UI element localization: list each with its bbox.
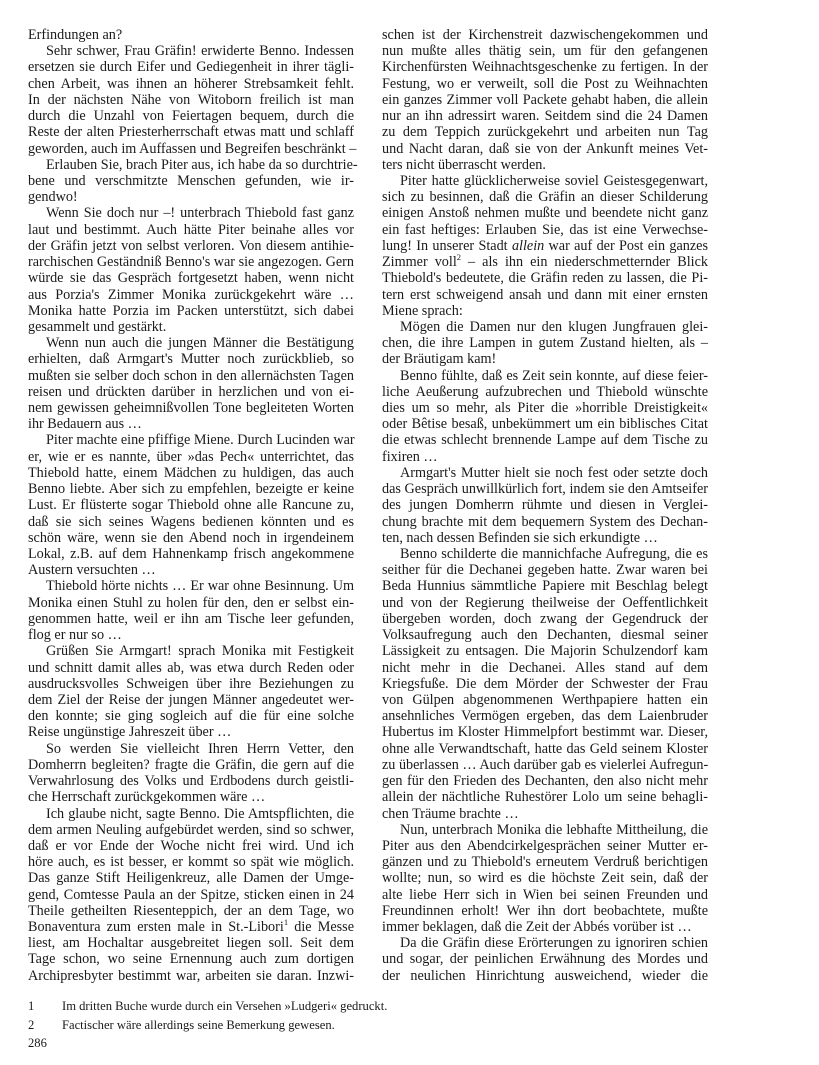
text-line: übergeben worden, doch zwang der Gegendr… xyxy=(382,611,708,627)
text-line: von Gülpen abgenommenen Werthpapiere hat… xyxy=(382,692,708,708)
text-line: oder Bêtise besaß, unbekümmert um ein bi… xyxy=(382,416,708,432)
text-line: Bonaventura zum ersten male in St.-Libor… xyxy=(28,919,354,935)
text-line: Monika einen Stuhl zu holen für den, den… xyxy=(28,595,354,611)
text-line: Piter hatte glücklicherweise soviel Geis… xyxy=(382,173,708,189)
text-line: gen für den Frieden des Dechanten, den a… xyxy=(382,773,708,789)
text-line: Freundinnen erholt! Wer ihn dort beobach… xyxy=(382,903,708,919)
text-line: In der nächsten Nähe von Witoborn freili… xyxy=(28,92,354,108)
text-line: Erlauben Sie, brach Piter aus, ich habe … xyxy=(28,157,354,173)
text-line: nicht mehr in die Dechanei. Alles stand … xyxy=(382,660,708,676)
text-line: seither für die Dechanei gegeben hatte. … xyxy=(382,562,708,578)
text-line: Grüßen Sie Armgart! sprach Monika mit Fe… xyxy=(28,643,354,659)
text-line: Benno liebte. Aber sich zu empfehlen, be… xyxy=(28,481,354,497)
footnote-number: 2 xyxy=(28,1016,62,1035)
text-line: aus Porzia's Zimmer Monika zurückgekehrt… xyxy=(28,287,354,303)
text-line: Ich glaube nicht, sagte Benno. Die Amtsp… xyxy=(28,806,354,822)
text-line: Thiebold's bedeutete, die Gräfin reden z… xyxy=(382,270,708,286)
text-line: Theile getheilten Riesenteppich, der an … xyxy=(28,903,354,919)
text-line: Festung, wo er verweilt, soll die Post z… xyxy=(382,76,708,92)
text-line: Benno schilderte die mannichfache Aufreg… xyxy=(382,546,708,562)
text-line: gendwo! xyxy=(28,189,354,205)
footnotes: 1 Im dritten Buche wurde durch ein Verse… xyxy=(28,997,387,1035)
text-line: Lässigkeit zu entsagen. Die Majorin Schu… xyxy=(382,643,708,659)
text-line: schön wäre, wenn sie den Abend noch in i… xyxy=(28,530,354,546)
text-line: reisen und drückten darüber in herzliche… xyxy=(28,384,354,400)
text-line: ansehnliches Vermögen ergeben, das dem L… xyxy=(382,708,708,724)
text-line: Wenn Sie doch nur –! unterbrach Thiebold… xyxy=(28,205,354,221)
text-line: Thiebold hörte nichts … Er war ohne Besi… xyxy=(28,578,354,594)
text-line: lung! In unserer Stadt allein war auf de… xyxy=(382,238,708,254)
text-line: tern erst schweigend ansah und dann mit … xyxy=(382,287,708,303)
text-line: daß er vor Ende der Woche nicht frei wir… xyxy=(28,838,354,854)
text-line: genommen hatte, weil er ihn am Tische le… xyxy=(28,611,354,627)
text-line: Da die Gräfin diese Erörterungen zu igno… xyxy=(382,935,708,951)
text-line: gend, Comtesse Paula an der Spitze, stic… xyxy=(28,887,354,903)
text-line: chen Arbeit, was ihnen an höherer Strebs… xyxy=(28,76,354,92)
text-line: zu überlassen … Auch darüber gab es viel… xyxy=(382,757,708,773)
footnote-text: Factischer wäre allerdings seine Bemerku… xyxy=(62,1016,335,1035)
text-line: Sehr schwer, Frau Gräfin! erwiderte Benn… xyxy=(28,43,354,59)
text-line: Erfindungen an? xyxy=(28,27,354,43)
text-line: So werden Sie vielleicht Ihren Herrn Vet… xyxy=(28,741,354,757)
footnote-1: 1 Im dritten Buche wurde durch ein Verse… xyxy=(28,997,387,1016)
text-line: Domherrn begleiten? fragte die Gräfin, d… xyxy=(28,757,354,773)
text-line: des jungen Domherrn rühmte und diesen in… xyxy=(382,497,708,513)
text-line: Monika hatte Porzia im Packen unterstütz… xyxy=(28,303,354,319)
text-line: alte liebe Herr sich in Wien bei seinen … xyxy=(382,887,708,903)
text-line: Lokal, z.B. auf dem Hahnenkamp frisch an… xyxy=(28,546,354,562)
text-line: Thiebold hatte, einem Mädchen zu huldige… xyxy=(28,465,354,481)
text-line: einigen Anstoß nehmen mußte und beendete… xyxy=(382,205,708,221)
text-line: der Bräutigam kam! xyxy=(382,351,708,367)
text-line: rarchischen Geständniß Benno's war sie a… xyxy=(28,254,354,270)
text-line: erhielten, daß Armgart's Mutter noch zur… xyxy=(28,351,354,367)
text-line: Verwahrlosung des Volks und Erdbodens du… xyxy=(28,773,354,789)
text-line: Piter aus den Abendcirkelgesprächen sein… xyxy=(382,838,708,854)
text-line: mußten sie selber doch schon in den alle… xyxy=(28,368,354,384)
text-line: und sogar, der peinlichen Erwähnung des … xyxy=(382,951,708,967)
text-line: che Herrschaft zurückgekommen wäre … xyxy=(28,789,354,805)
text-line: ein ganzes Zimmer voll Packete gehabt ha… xyxy=(382,92,708,108)
text-line: gänzen und zu Thiebold's erneutem Verdru… xyxy=(382,854,708,870)
text-line: der neulichen Hinrichtung ausweichend, w… xyxy=(382,968,708,984)
text-line: dem Ziel der Reise der jungen Männer ang… xyxy=(28,692,354,708)
text-line: durch die Unzahl von Feiertagen bequem, … xyxy=(28,108,354,124)
text-line: Tage schon, wo seine Ernennung auch zum … xyxy=(28,951,354,967)
text-line: allein der nächtliche Ruhestörer Lolo um… xyxy=(382,789,708,805)
text-line: daß sie sich seines Wagens bedienen könn… xyxy=(28,514,354,530)
text-line: ters nicht überrascht werden. xyxy=(382,157,708,173)
text-line: das Gespräch unwillkürlich fort, indem s… xyxy=(382,481,708,497)
text-line: Miene sprach: xyxy=(382,303,708,319)
text-line: und von der Regierung theilweise der Oef… xyxy=(382,595,708,611)
text-line: würde sie das Gespräch fortgesetzt haben… xyxy=(28,270,354,286)
footnote-reference[interactable]: 2 xyxy=(457,252,461,262)
text-line: Beda Hunnius sämmtliche Papiere mit Besc… xyxy=(382,578,708,594)
text-line: chen Träume brachte … xyxy=(382,806,708,822)
text-line: ersetzen sie durch Eifer und Gediegenhei… xyxy=(28,59,354,75)
text-line: sich zu besinnen, daß die Gräfin an dies… xyxy=(382,189,708,205)
text-line: Benno fühlte, daß es Zeit sein konnte, a… xyxy=(382,368,708,384)
text-line: nun mußte alles thätig sein, um für den … xyxy=(382,43,708,59)
text-line: chen, die ihre Lampen in gutem Zustand h… xyxy=(382,335,708,351)
text-line: den konnte; sie ging sogleich auf die fü… xyxy=(28,708,354,724)
text-line: schen ist der Kirchenstreit dazwischenge… xyxy=(382,27,708,43)
footnote-2: 2 Factischer wäre allerdings seine Bemer… xyxy=(28,1016,387,1035)
text-line: liche Aeußerung aufzubrechen und Thiebol… xyxy=(382,384,708,400)
text-line: dem armen Neuling aufgebürdet werden, si… xyxy=(28,822,354,838)
text-line: nem gewissen geheimnißvollen Tone beglei… xyxy=(28,400,354,416)
text-line: nur an ihn adressirt waren. Seitdem sind… xyxy=(382,108,708,124)
text-line: ein fast heftiges: Erlauben Sie, das ist… xyxy=(382,222,708,238)
text-line: Zimmer voll2 – als ihn ein niederschmett… xyxy=(382,254,708,270)
text-line: laut und bestimmt. Auch hätte Piter bein… xyxy=(28,222,354,238)
text-line: Kriegsfuße. Die dem Mörder der Schwester… xyxy=(382,676,708,692)
text-line: wollte; nun, so wird es die höchste Zeit… xyxy=(382,870,708,886)
text-line: fixiren … xyxy=(382,449,708,465)
footnote-number: 1 xyxy=(28,997,62,1016)
text-line: er, wie er es nannte, über »das Pech« un… xyxy=(28,449,354,465)
text-line: die etwas schlecht brennende Lampe auf d… xyxy=(382,432,708,448)
footnote-reference[interactable]: 1 xyxy=(284,917,288,927)
left-column: Erfindungen an?Sehr schwer, Frau Gräfin!… xyxy=(28,27,354,984)
text-line: ten, nach dessen Befinden sie sich erkun… xyxy=(382,530,708,546)
text-line: Piter machte eine pfiffige Miene. Durch … xyxy=(28,432,354,448)
text-line: Reste der alten Priesterherrschaft etwas… xyxy=(28,124,354,140)
text-line: chung brachte mit dem bequemern System d… xyxy=(382,514,708,530)
text-line: gesammelt und gestärkt. xyxy=(28,319,354,335)
text-line: Reise ungünstige Jahreszeit über … xyxy=(28,724,354,740)
emphasis: allein xyxy=(512,238,544,254)
text-line: Archipresbyter bestimmt war, arbeiten si… xyxy=(28,968,354,984)
text-line: Lust. Er flüsterte sogar Thiebold ohne a… xyxy=(28,497,354,513)
text-line: Hubertus im Kloster Himmelpfort bestimmt… xyxy=(382,724,708,740)
text-line: ohne alle Verwandtschaft, hatte das Geld… xyxy=(382,741,708,757)
text-line: Mögen die Damen nur den klugen Jungfraue… xyxy=(382,319,708,335)
text-line: Armgart's Mutter hielt sie noch fest ode… xyxy=(382,465,708,481)
text-line: ihr Bedauern aus … xyxy=(28,416,354,432)
text-line: Das ganze Stift Heiligenkreuz, alle Dame… xyxy=(28,870,354,886)
text-line: und Nacht daran, daß sie von der Ankunft… xyxy=(382,141,708,157)
text-line: Nun, unterbrach Monika die lebhafte Mitt… xyxy=(382,822,708,838)
text-line: Volksaufregung auch den Dechanten, diesm… xyxy=(382,627,708,643)
text-line: ausdrucksvolles Schweigen über ihre Bezi… xyxy=(28,676,354,692)
text-line: zu dem Teppich zurückgekehrt und arbeite… xyxy=(382,124,708,140)
text-line: Wenn nun auch die jungen Männer die Best… xyxy=(28,335,354,351)
text-line: geworden, auch im Auffassen und Begreife… xyxy=(28,141,354,157)
text-line: dies um so mehr, als Piter die »horrible… xyxy=(382,400,708,416)
text-line: höre auch, es ist besser, er kommt so sp… xyxy=(28,854,354,870)
text-line: flog er nur so … xyxy=(28,627,354,643)
text-line: bene und verschmitzte Menschen gefunden,… xyxy=(28,173,354,189)
text-line: liest, am Hochaltar ausgebreitet liegen … xyxy=(28,935,354,951)
text-line: Austern versuchten … xyxy=(28,562,354,578)
text-line: der Gräfin jetzt von selbst verloren. Vo… xyxy=(28,238,354,254)
right-column: schen ist der Kirchenstreit dazwischenge… xyxy=(382,27,708,984)
footnote-text: Im dritten Buche wurde durch ein Versehe… xyxy=(62,997,387,1016)
page-number: 286 xyxy=(28,1036,47,1051)
text-line: immer beklagen, daß die Zeit der Abbés v… xyxy=(382,919,708,935)
text-line: und schnitt damit alles ab, was etwa dur… xyxy=(28,660,354,676)
text-line: Kirchenfürsten Weihnachtsgeschenke zu fe… xyxy=(382,59,708,75)
